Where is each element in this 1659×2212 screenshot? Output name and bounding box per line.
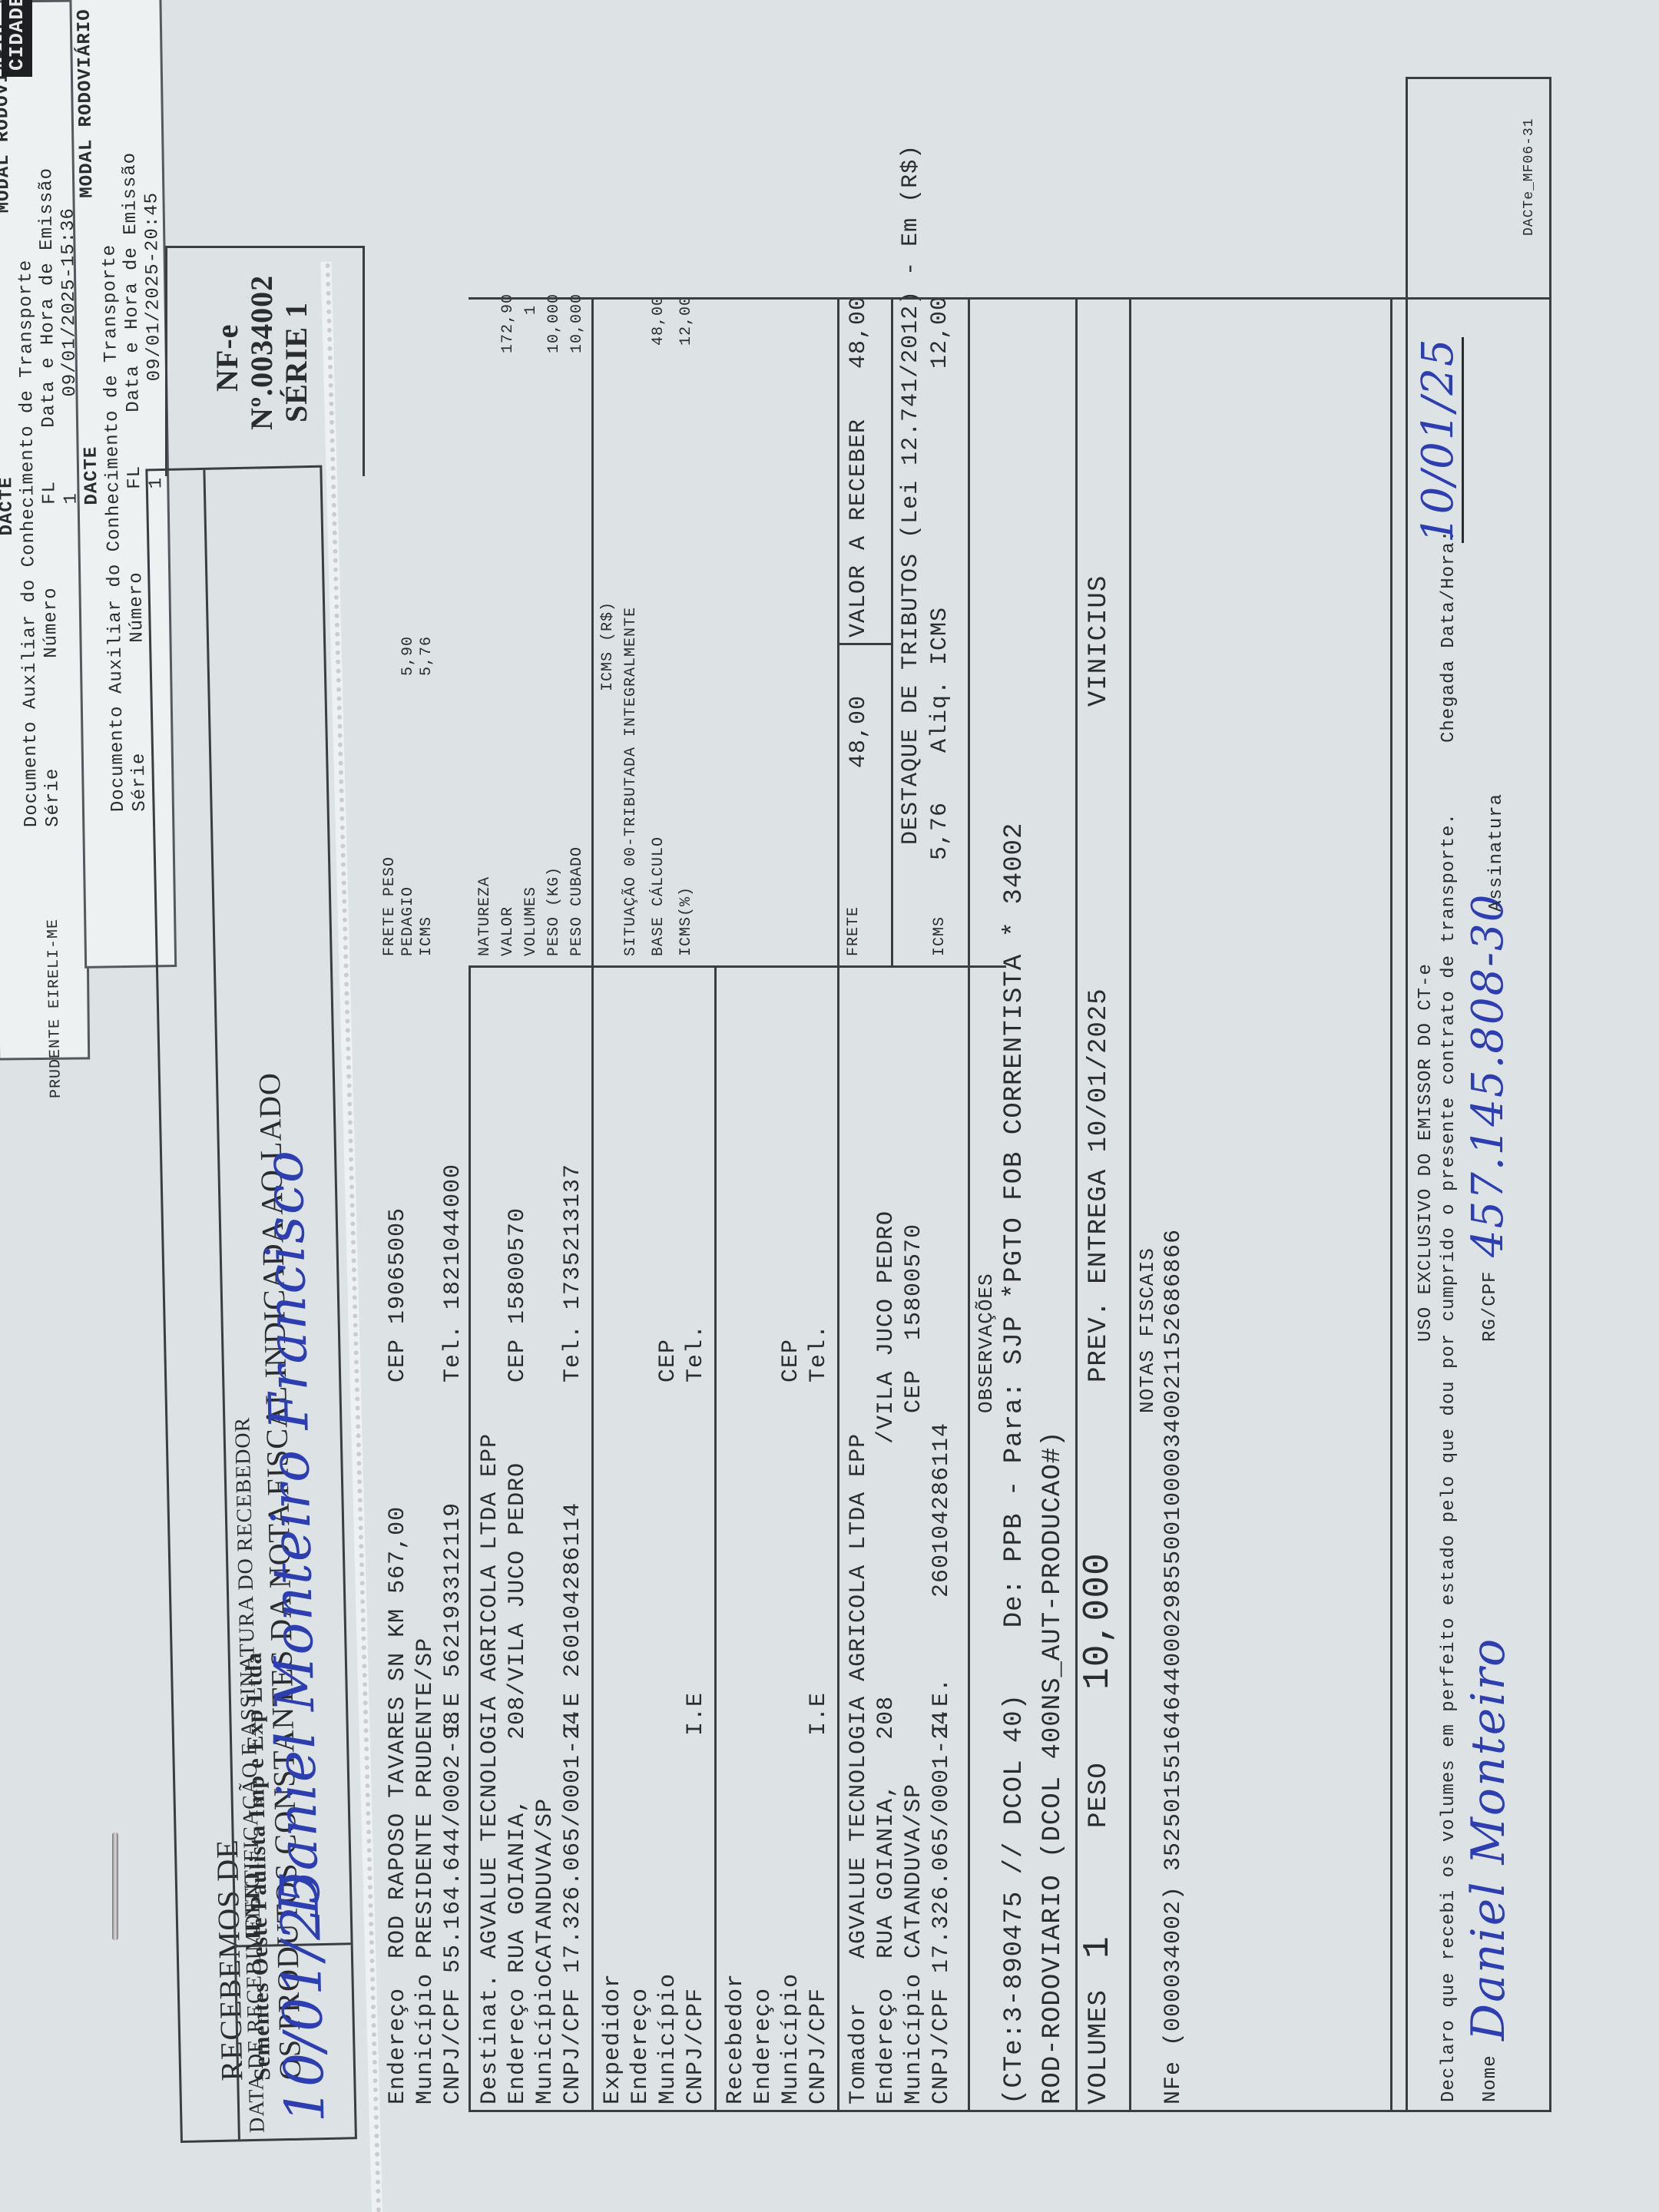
- obs-peso-label: PESO: [1083, 1762, 1115, 1828]
- tomador-cep: CEP 15800570: [900, 1224, 928, 1413]
- obs-peso-value: 10,000: [1078, 1552, 1118, 1690]
- peso-cubado-value: 10,000: [568, 293, 587, 353]
- staple: [112, 1833, 118, 1940]
- recebedor-label: Recebedor: [722, 1973, 750, 2104]
- corner-label: CIDADE: [2, 0, 32, 77]
- remetente-cnpj-row: CNPJ/CPF 55.164.644/0002-98: [439, 1710, 467, 2104]
- tomador-endereco-row: Endereço RUA GOIANIA, 208: [873, 1696, 900, 2104]
- notas-fiscais-line: NFe (000034002) 352501551646440002985500…: [1160, 1229, 1187, 2104]
- componente-icms: ICMS: [418, 916, 436, 956]
- remetente-municipio-row: Município PRESIDENTE PRUDENTE/SP: [412, 1637, 439, 2104]
- stub-emissao-label: Data e Hora de Emissão: [35, 167, 61, 428]
- expedidor-endereco-label: Endereço: [627, 1988, 654, 2104]
- expedidor-label: Expedidor: [599, 1973, 627, 2104]
- tomador-ie-label: I.E.: [928, 1677, 955, 1736]
- expedidor-cep-label: CEP: [654, 1339, 682, 1382]
- chegada-label: Chegada Data/Hora:: [1435, 530, 1463, 743]
- rg-label: RG/CPF: [1477, 1271, 1505, 1342]
- icms-base-label: BASE CÁLCULO: [650, 836, 668, 956]
- icms-base-value: 48,00: [650, 296, 668, 346]
- peso-cubado-label: PESO CUBADO: [568, 846, 587, 956]
- observacoes-title: OBSERVAÇÕES: [972, 1273, 1000, 1413]
- stub-emissao-value: 09/01/2025-20:45: [141, 192, 167, 382]
- volumes-label: VOLUMES: [522, 886, 541, 956]
- nfe-serie: SÉRIE 1: [283, 302, 310, 422]
- destinatario-ie: I.E 260104286114: [559, 1502, 587, 1736]
- componente-pedagio: PEDAGIO: [399, 886, 418, 956]
- icms-aliq-label: ICMS(%): [677, 886, 696, 956]
- destinatario-cep: CEP 15800570: [504, 1207, 531, 1382]
- recebedor-tel-label: Tel.: [805, 1324, 833, 1382]
- tomador-row: Tomador AGVALUE TECNOLOGIA AGRICOLA LTDA…: [845, 1433, 873, 2104]
- uso-exclusivo-box: USO EXCLUSIVO DO EMISSOR DO CT-e Declaro…: [1406, 77, 1551, 2112]
- notas-fiscais-title: NOTAS FISCAIS: [1134, 1247, 1161, 1413]
- tomador-cnpj-row: CNPJ/CPF 17.326.065/0001-24: [928, 1710, 955, 2104]
- obs-volumes-value: 1: [1078, 1936, 1118, 1959]
- stub-fl-label: FL: [38, 481, 61, 505]
- tomador-municipio-row: Município CATANDUVA/SP: [900, 1783, 928, 2104]
- componente-pedagio-value: 5,90: [399, 636, 418, 676]
- remetente-tel: Tel. 1821044000: [439, 1164, 467, 1382]
- stub-modal: MODAL RODOVIÁRIO: [74, 8, 100, 198]
- observacoes-line1: (CTe:3-890475 // DCOL 40) De: PPB - Para…: [998, 823, 1031, 2104]
- destinatario-row: Destinat. AGVALUE TECNOLOGIA AGRICOLA LT…: [476, 1433, 504, 2104]
- recebedor-cnpj-label: CNPJ/CPF: [805, 1988, 833, 2104]
- destinatario-tel: Tel. 1735213137: [559, 1164, 587, 1382]
- tributos-aliq-label: Aliq. ICMS: [926, 607, 954, 753]
- nome-label: Nome: [1477, 2055, 1505, 2102]
- chegada-handwritten[interactable]: 10/01/25: [1416, 337, 1464, 543]
- expedidor-tel-label: Tel.: [682, 1324, 710, 1382]
- tomador-endereco2: /VILA JUCO PEDRO: [873, 1210, 900, 1444]
- remetente-endereco-row: Endereço ROD RAPOSO TAVARES SN KM 567,00: [384, 1506, 412, 2104]
- stub-numero-label: Número: [40, 587, 64, 658]
- peso-label: PESO (KG): [545, 866, 564, 956]
- tributos-icms-label: ICMS: [931, 916, 949, 956]
- recebedor-cep-label: CEP: [777, 1339, 805, 1382]
- observacoes-line2: ROD-RODOVIARIO (DCOL 400NS_AUT-PRODUCAO#…: [1037, 1430, 1069, 2104]
- destinatario-municipio-row: MunicípioCATANDUVA/SP: [531, 1798, 559, 2104]
- icms-box-title: ICMS (R$): [599, 601, 618, 691]
- componente-frete-peso: FRETE PESO: [381, 856, 399, 956]
- form-code: DACTe_MF06-31: [1515, 118, 1543, 236]
- obs-vendedor: VINICIUS: [1083, 575, 1115, 707]
- frete-label: FRETE: [845, 906, 863, 956]
- natureza-label: NATUREZA: [476, 876, 495, 956]
- stub-title: DACTE: [0, 476, 19, 535]
- componente-icms-value: 5,76: [418, 636, 436, 676]
- stub-fl-label: FL: [124, 465, 147, 489]
- volumes-value: 1: [522, 305, 541, 315]
- valor-receber-label: VALOR A RECEBER: [845, 419, 873, 637]
- peso-value: 10,000: [545, 293, 564, 353]
- tributos-label: DESTAQUE DE TRIBUTOS (Lei 12.741/2012) -…: [897, 144, 925, 845]
- tributos-aliq-value: 12,00: [926, 296, 954, 369]
- remetente-cep: CEP 19065005: [384, 1207, 412, 1382]
- dacte-document: DACTE Documento Auxiliar do Conhecimento…: [0, 0, 1659, 2212]
- uso-exclusivo-declaracao: Declaro que recebi os volumes em perfeit…: [1435, 813, 1463, 2102]
- tributos-icms-value: 5,76: [926, 802, 954, 860]
- obs-volumes-label: VOLUMES: [1083, 1989, 1115, 2104]
- frete-value: 48,00: [845, 695, 873, 768]
- nome-handwritten[interactable]: Daniel Monteiro: [1462, 1637, 1515, 2041]
- stub-serie-label: Série: [128, 752, 152, 811]
- valor-carga-label: VALOR: [499, 906, 518, 956]
- expedidor-municipio-label: Município: [654, 1973, 682, 2104]
- recebedor-endereco-label: Endereço: [750, 1988, 777, 2104]
- stub-serie-label: Série: [41, 768, 65, 827]
- destinatario-cnpj-row: CNPJ/CPF 17.326.065/0001-24: [559, 1710, 587, 2104]
- stub-numero-label: Número: [125, 571, 149, 643]
- stub-title: DACTE: [81, 445, 104, 505]
- remetente-ie: I.E 562193312119: [439, 1502, 467, 1736]
- assinatura-label: Assinatura: [1483, 793, 1511, 912]
- nfe-number: Nº.0034002: [248, 275, 276, 430]
- receipt-stub: RECEBEMOS DE Sementes Oeste Paulista Imp…: [145, 465, 357, 2143]
- tomador-ie-value: 260104286114: [928, 1422, 955, 1598]
- expedidor-cnpj-label: CNPJ/CPF: [682, 1988, 710, 2104]
- recebedor-municipio-label: Município: [777, 1973, 805, 2104]
- nfe-title: NF-e: [214, 324, 241, 392]
- icms-situacao: SITUAÇÃO 00-TRIBUTADA INTEGRALMENTE: [622, 607, 641, 956]
- obs-prev-entrega: PREV. ENTREGA 10/01/2025: [1083, 988, 1115, 1382]
- destinatario-endereco-row: Endereço RUA GOIANIA, 208/VILA JUCO PEDR…: [504, 1462, 531, 2104]
- valor-carga-value: 172,90: [499, 293, 518, 353]
- rg-handwritten[interactable]: 457.145.808-30: [1462, 893, 1515, 1257]
- recebedor-ie-label: I.E: [805, 1692, 833, 1736]
- expedidor-ie-label: I.E: [682, 1692, 710, 1736]
- valor-receber-value: 48,00: [845, 296, 873, 369]
- icms-aliq-value: 12,00: [677, 296, 696, 346]
- background-sheet-text: PRUDENTE EIRELI-ME: [45, 919, 66, 1098]
